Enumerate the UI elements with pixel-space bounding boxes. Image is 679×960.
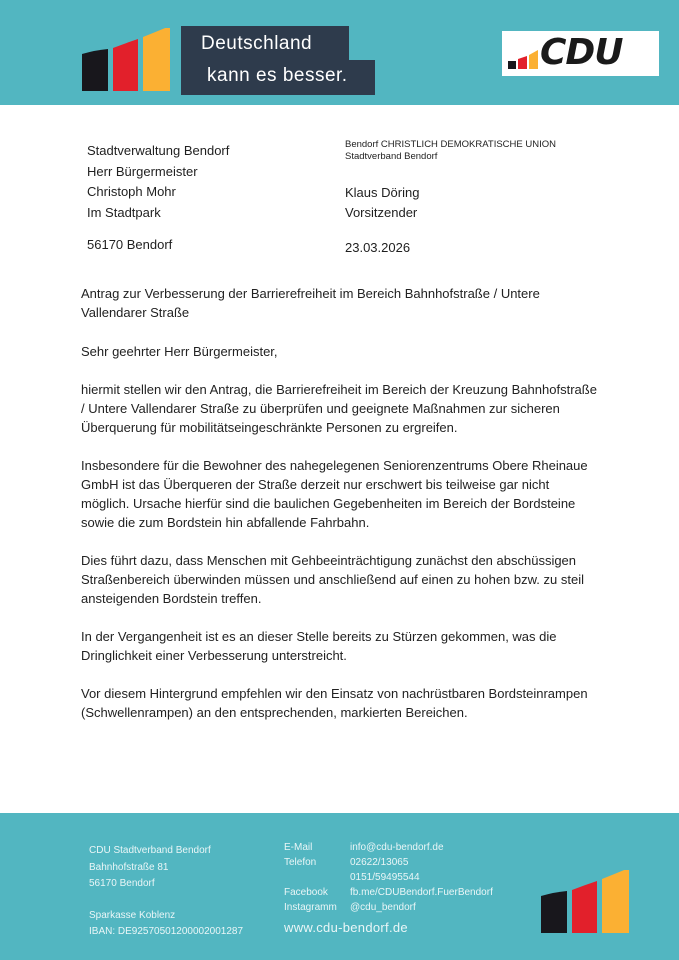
- letter-subject: Antrag zur Verbesserung der Barrierefrei…: [81, 284, 601, 322]
- footer-bank-name: Sparkasse Koblenz: [89, 908, 243, 925]
- contact-mobile-row: 0151/59495544: [284, 870, 493, 885]
- tricolor-bars-logo: [541, 870, 629, 933]
- contact-email-row: E-Mail info@cdu-bendorf.de: [284, 840, 493, 855]
- contact-label: Instagramm: [284, 900, 350, 915]
- letter-paragraph: In der Vergangenheit ist es an dieser St…: [81, 627, 601, 665]
- sender-role: Vorsitzender: [345, 203, 556, 223]
- recipient-line: Herr Bürgermeister: [87, 162, 229, 183]
- mobile-value: 0151/59495544: [350, 870, 420, 885]
- contact-label: Telefon: [284, 855, 350, 870]
- phone-value: 02622/13065: [350, 855, 408, 870]
- contact-label: Facebook: [284, 885, 350, 900]
- letter-date: 23.03.2026: [345, 238, 556, 257]
- email-link[interactable]: info@cdu-bendorf.de: [350, 840, 444, 855]
- facebook-link[interactable]: fb.me/CDUBendorf.FuerBendorf: [350, 885, 493, 900]
- recipient-line: Christoph Mohr: [87, 182, 229, 203]
- cdu-logo: CDU: [502, 31, 659, 76]
- footer-address: CDU Stadtverband Bendorf Bahnhofstraße 8…: [89, 843, 243, 941]
- letter-paragraph: Dies führt dazu, dass Menschen mit Gehbe…: [81, 551, 601, 608]
- footer-address-line: Bahnhofstraße 81: [89, 860, 243, 877]
- cdu-wordmark: CDU: [540, 33, 623, 73]
- sender-block: Bendorf CHRISTLICH DEMOKRATISCHE UNION S…: [345, 139, 556, 257]
- contact-phone-row: Telefon 02622/13065: [284, 855, 493, 870]
- footer-address-line: CDU Stadtverband Bendorf: [89, 843, 243, 860]
- letter-body: Antrag zur Verbesserung der Barrierefrei…: [81, 284, 601, 741]
- sender-org-line-2: Stadtverband Bendorf: [345, 151, 556, 163]
- sender-org-line-1: Bendorf CHRISTLICH DEMOKRATISCHE UNION: [345, 139, 556, 151]
- tricolor-bars-logo: [82, 28, 170, 91]
- sender-name: Klaus Döring Vorsitzender: [345, 183, 556, 222]
- slogan-line-1: Deutschland: [181, 26, 349, 63]
- recipient-address: Stadtverwaltung Bendorf Herr Bürgermeist…: [87, 141, 229, 256]
- contact-label: [284, 870, 350, 885]
- website-link[interactable]: www.cdu-bendorf.de: [284, 920, 493, 935]
- letter-paragraph: hiermit stellen wir den Antrag, die Barr…: [81, 380, 601, 437]
- footer-address-line: 56170 Bendorf: [89, 876, 243, 893]
- recipient-zip-city: 56170 Bendorf: [87, 235, 229, 256]
- sender-name-text: Klaus Döring: [345, 183, 556, 203]
- mini-bars-icon: [508, 49, 540, 69]
- contact-label: E-Mail: [284, 840, 350, 855]
- letter-salutation: Sehr geehrter Herr Bürgermeister,: [81, 342, 601, 361]
- footer-iban: IBAN: DE92570501200002001287: [89, 924, 243, 941]
- contact-instagram-row: Instagramm @cdu_bendorf: [284, 900, 493, 915]
- slogan-line-2: kann es besser.: [181, 60, 375, 95]
- contact-facebook-row: Facebook fb.me/CDUBendorf.FuerBendorf: [284, 885, 493, 900]
- instagram-link[interactable]: @cdu_bendorf: [350, 900, 416, 915]
- letter-paragraph: Insbesondere für die Bewohner des nahege…: [81, 456, 601, 532]
- recipient-line: Stadtverwaltung Bendorf: [87, 141, 229, 162]
- header-band: Deutschland kann es besser. CDU: [0, 0, 679, 105]
- recipient-line: Im Stadtpark: [87, 203, 229, 224]
- footer-contacts: E-Mail info@cdu-bendorf.de Telefon 02622…: [284, 840, 493, 935]
- letter-paragraph: Vor diesem Hintergrund empfehlen wir den…: [81, 684, 601, 722]
